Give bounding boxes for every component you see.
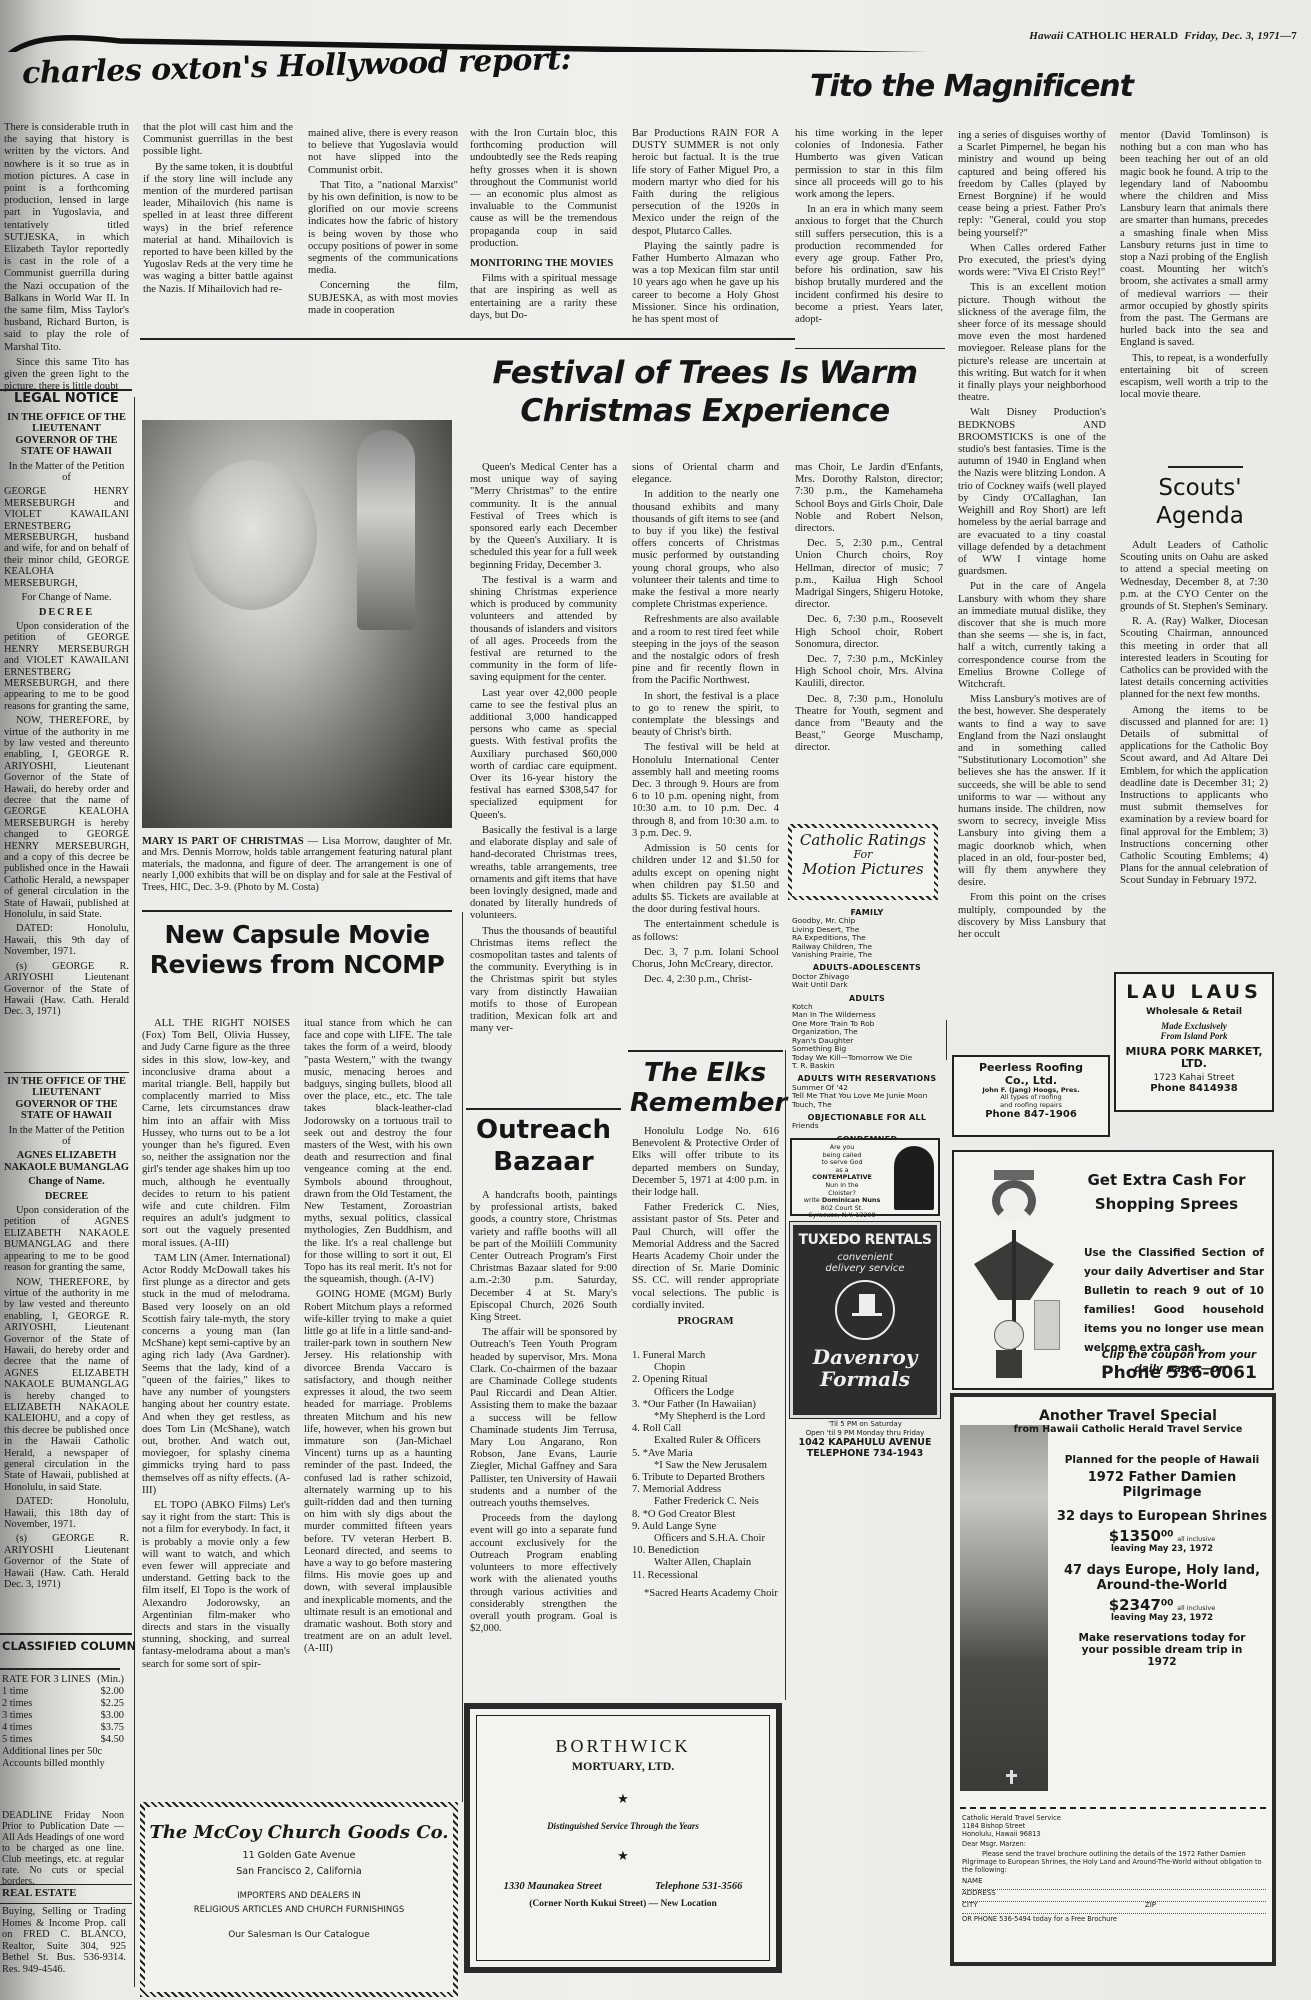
star-icon: ★ [477, 1792, 769, 1807]
lau-laus-ad: LAU LAUS Wholesale & Retail Made Exclusi… [1114, 972, 1274, 1112]
real-estate-title-rule [0, 1903, 132, 1904]
rate-row: 3 times$3.00 [2, 1710, 124, 1722]
column-rule [462, 912, 463, 1802]
travel-coupon: Catholic Herald Travel Service 1184 Bish… [962, 1815, 1266, 1923]
girl-face [187, 460, 317, 610]
peerless-roofing-ad: Peerless Roofing Co., Ltd. John F. (Jang… [952, 1055, 1110, 1137]
tito-col-5: Bar Productions RAIN FOR A DUSTY SUMMER … [632, 128, 779, 329]
program-item: 5. *Ave Maria*I Saw the New Jerusalem [632, 1448, 779, 1472]
caption-bottom-rule [142, 910, 452, 912]
madonna-figure [357, 430, 415, 630]
tito-col-6: his time working in the leper colonies o… [795, 128, 943, 329]
legal-notice-1: IN THE OFFICE OF THE LIEUTENANT GOVERNOR… [4, 412, 129, 1021]
tito-rule-right [795, 348, 945, 349]
coupon-name-field[interactable]: NAME [962, 1878, 1266, 1890]
real-estate-rule [0, 1884, 132, 1885]
rate-row: 4 times$3.75 [2, 1722, 124, 1734]
program-item: 7. Memorial AddressFather Frederick C. N… [632, 1484, 779, 1508]
tito-col-1: There is considerable truth in the sayin… [4, 122, 129, 396]
mccoy-title: The McCoy Church Goods Co. [145, 1823, 453, 1843]
real-estate-title: REAL ESTATE [2, 1887, 76, 1899]
outreach-body: A handcrafts booth, paintings by profess… [470, 1190, 617, 1638]
tito-col-7: ing a series of disguises worthy of a Sc… [958, 130, 1106, 944]
legal-notice-2: IN THE OFFICE OF THE LIEUTENANT GOVERNOR… [4, 1076, 129, 1593]
festival-bottom-rule [466, 1108, 621, 1110]
coupon-cut-line [960, 1807, 1266, 1809]
real-estate-ad: Buying, Selling or Trading Homes & Incom… [2, 1906, 126, 1976]
classified-top-rule [0, 1633, 132, 1635]
ncomp-col-2: itual stance from which he can face and … [304, 1018, 452, 1659]
tito-col-4: with the Iron Curtain bloc, this forthco… [470, 128, 617, 325]
ncomp-col-1: ALL THE RIGHT NOISES (Fox) Tom Bell, Oli… [142, 1018, 290, 1674]
borthwick-ad: BORTHWICK MORTUARY, LTD. ★ Distinguished… [464, 1703, 782, 1973]
program-item: 6. Tribute to Departed Brothers [632, 1472, 779, 1484]
extra-cash-ad: Get Extra Cash For Shopping Sprees Use t… [952, 1150, 1274, 1390]
tito-col-8: mentor (David Tomlinson) is nothing but … [1120, 130, 1268, 404]
tito-headline: Tito the Magnificent [810, 70, 1133, 104]
program-item: 4. Roll CallExalted Ruler & Officers [632, 1423, 779, 1447]
classified-title-rule [0, 1668, 120, 1670]
scouts-headline: Scouts' Agenda [1140, 474, 1260, 530]
top-hat-badge-icon [835, 1280, 895, 1340]
rate-row: 5 times$4.50 [2, 1734, 124, 1746]
program-item: 10. BenedictionWalter Allen, Chaplain [632, 1545, 779, 1569]
father-damien-portrait [960, 1425, 1048, 1791]
coupon-city-field[interactable]: CITYZIP [962, 1902, 1266, 1914]
tito-col-3: mained alive, there is every reason to b… [308, 128, 458, 320]
scouts-top-rule [1168, 466, 1243, 468]
tito-col-2: that the plot will cast him and the Comm… [143, 122, 293, 299]
program-item: 8. *O God Creator Blest [632, 1509, 779, 1521]
outreach-headline: Outreach Bazaar [470, 1114, 617, 1178]
program-item: 11. Recessional [632, 1570, 779, 1582]
program-item: 3. *Our Father (In Hawaiian)*My Shepherd… [632, 1399, 779, 1423]
extra-cash-body: Use the Classified Section of your daily… [1084, 1244, 1264, 1358]
festival-col-2: sions of Oriental charm and elegance. In… [632, 462, 779, 989]
elks-body: Honolulu Lodge No. 616 Benevolent & Prot… [632, 1126, 779, 1331]
newspaper-page: Hawaii CATHOLIC HERALD Friday, Dec. 3, 1… [0, 0, 1311, 2000]
nun-silhouette-icon [894, 1146, 934, 1210]
catholic-ratings-header: Catholic Ratings For Motion Pictures [788, 824, 938, 900]
festival-bottom-rule-2 [628, 1050, 783, 1052]
extra-cash-title: Get Extra Cash For Shopping Sprees [1064, 1168, 1269, 1216]
ncomp-headline: New Capsule Movie Reviews from NCOMP [142, 920, 452, 980]
festival-col-3: mas Choir, Le Jardin d'Enfants, Mrs. Dor… [795, 462, 943, 758]
photo-caption: MARY IS PART OF CHRISTMAS — Lisa Morrow,… [142, 836, 452, 893]
coupon-address-field[interactable]: ADDRESS [962, 1890, 1266, 1902]
elks-headline: The Elks Remember [630, 1058, 780, 1118]
classified-rate-table: RATE FOR 3 LINES(Min.) 1 time$2.00 2 tim… [2, 1674, 124, 1770]
festival-col-1: Queen's Medical Center has a most unique… [470, 462, 617, 1038]
legal-divider [4, 1072, 129, 1073]
mccoy-ad: The McCoy Church Goods Co. 11 Golden Gat… [140, 1802, 458, 1997]
folio: Hawaii CATHOLIC HERALD Friday, Dec. 3, 1… [1029, 30, 1297, 42]
column-rule [946, 1020, 947, 1060]
elks-program-list: 1. Funeral MarchChopin 2. Opening Ritual… [632, 1350, 779, 1600]
lisa-morrow-photo [142, 420, 452, 828]
monitoring-subhead: MONITORING THE MOVIES [470, 258, 617, 270]
festival-headline: Festival of Trees Is Warm Christmas Expe… [470, 354, 940, 430]
legal-notice-title: LEGAL NOTICE [14, 392, 119, 407]
tito-bottom-rule [140, 338, 795, 340]
program-item: 2. Opening RitualOfficers the Lodge [632, 1374, 779, 1398]
travel-details: Planned for the people of Hawaii 1972 Fa… [1050, 1455, 1274, 1669]
travel-special-ad: Another Travel Special from Hawaii Catho… [950, 1393, 1276, 1966]
travel-header: Another Travel Special from Hawaii Catho… [978, 1409, 1278, 1436]
star-icon: ★ [477, 1849, 769, 1864]
program-item: 9. Auld Lange SyneOfficers and S.H.A. Ch… [632, 1521, 779, 1545]
column-rule [785, 1050, 786, 1700]
scouts-body: Adult Leaders of Catholic Scouting units… [1120, 540, 1268, 891]
borthwick-title: BORTHWICK [477, 1736, 769, 1756]
rate-row: 1 time$2.00 [2, 1686, 124, 1698]
davenroy-hours: 'Til 5 PM on Saturday Open 'til 9 PM Mon… [790, 1420, 940, 1459]
rate-row: 2 times$2.25 [2, 1698, 124, 1710]
classified-title: CLASSIFIED COLUMN [2, 1640, 136, 1653]
classified-deadline: DEADLINE Friday Noon Prior to Publicatio… [2, 1810, 124, 1887]
shopping-family-illustration [974, 1170, 1064, 1380]
catholic-ratings-list: FAMILY Goodby, Mr. Chip Living Desert, T… [792, 904, 942, 1169]
extra-cash-phone: Phone 536-0061 [1094, 1364, 1264, 1383]
coupon-zip-field[interactable]: ZIP [1145, 1902, 1156, 1913]
program-item: 1. Funeral MarchChopin [632, 1350, 779, 1374]
legal-vertical-rule [134, 397, 135, 1987]
dominican-nuns-ad: Are you being called to serve God as a C… [790, 1138, 940, 1216]
tuxedo-rentals-ad: TUXEDO RENTALS convenient delivery servi… [790, 1222, 940, 1418]
cross-icon [1010, 1770, 1013, 1784]
